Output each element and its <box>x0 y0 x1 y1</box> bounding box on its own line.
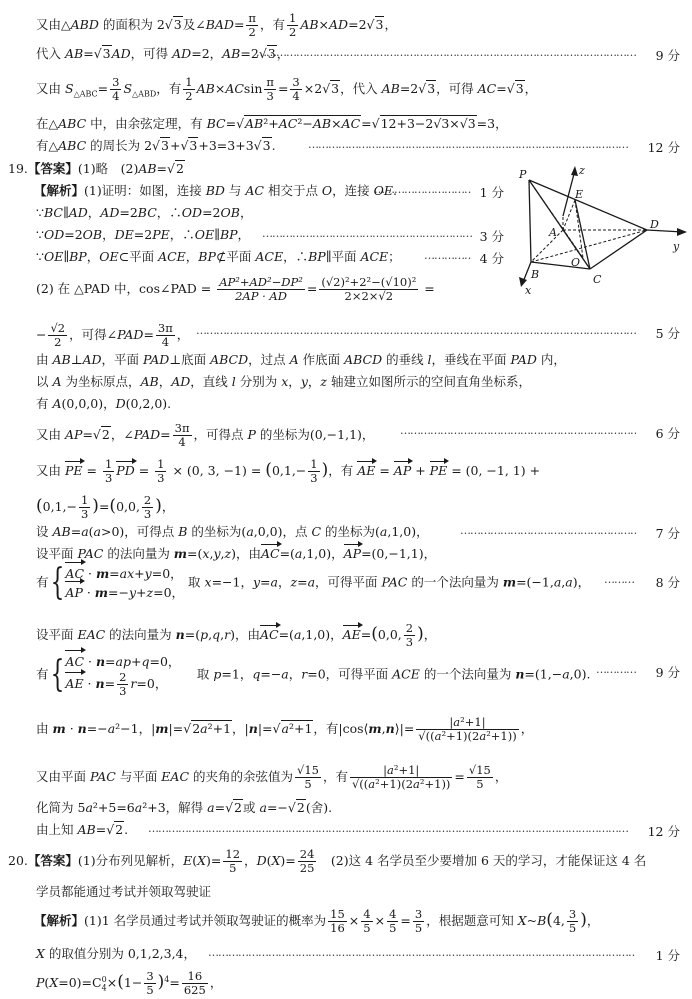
q20-analysis-line-1: 【解析】(1)1 名学员通过考试并领取驾驶证的概率为1516×45×45=35，… <box>34 908 599 935</box>
leader-dots: ……………………………………………………… <box>460 524 636 537</box>
svg-text:x: x <box>525 284 532 297</box>
analysis-tag: 【解析】 <box>34 183 84 198</box>
q19-analysis-line-11: 又由 PE = 13PD = 13 × (0, 3, −1) = (0,1,−1… <box>36 458 540 485</box>
answer-tag: 【答案】 <box>28 161 78 176</box>
score-mark: 12 分 <box>648 138 680 156</box>
text-line-2: 代入 AB=√3AD，可得 AD=2，AB=2√3， <box>36 46 289 62</box>
leader-dots: …………………………………………………………………………………………………………… <box>148 822 628 835</box>
q19-answer-line: 19.【答案】(1)略 (2)AB=√2 <box>8 161 185 177</box>
q19-analysis-line-18: 由 m · n=−a²−1，|m|=√2a²+1，|n|=√a²+1，有|cos… <box>36 716 533 743</box>
q19-analysis-line-7: 由 AB⊥AD，平面 PAD⊥底面 ABCD，过点 A 作底面 ABCD 的垂线… <box>36 352 566 368</box>
score-mark: 3 分 <box>480 227 504 245</box>
score-mark: 7 分 <box>656 524 680 542</box>
svg-text:y: y <box>672 240 680 253</box>
q19-analysis-line-14: 设平面 PAC 的法向量为 m=(x,y,z)，由AC=(a,1,0)，AP=(… <box>36 546 436 562</box>
q19-analysis-line-19: 又由平面 PAC 与平面 EAC 的夹角的余弦值为√155，有|a²+1|√((… <box>36 764 507 791</box>
leader-dots: ……… <box>604 573 636 586</box>
q20-analysis-line-3: P(X=0)=C40×(1−35)4=16625， <box>36 970 222 997</box>
left-brace: { <box>50 657 64 693</box>
score-mark: 4 分 <box>480 249 504 267</box>
q19-analysis-line-20: 化简为 5a²+5=6a²+3，解得 a=√2或 a=−√2(舍). <box>36 800 332 816</box>
q19-analysis-line-3: ∵OD=2OB，DE=2PE，∴OE∥BP， <box>36 227 250 243</box>
text-line-5: 有△ABC 的周长为 2√3+√3+3=3+3√3. <box>36 138 276 154</box>
q19-analysis-line-21: 由上知 AB=√2. <box>36 822 128 838</box>
answer-tag: 【答案】 <box>28 853 78 868</box>
q19-analysis-line-8: 以 A 为坐标原点，AB，AD，直线 l 分别为 x，y，z 轴建立如图所示的空… <box>36 374 531 390</box>
svg-text:B: B <box>530 268 539 281</box>
q19-analysis-line-2: ∵BC∥AD，AD=2BC，∴OD=2OB， <box>36 205 252 221</box>
score-mark: 9 分 <box>656 663 680 681</box>
q19-analysis-line-17: 有{AC · n=ap+q=0，AE · n=23r=0， 取 p=1，q=−a… <box>36 652 590 698</box>
leader-dots: ………………… <box>424 249 472 262</box>
svg-text:A: A <box>548 226 557 239</box>
score-mark: 8 分 <box>656 573 680 591</box>
leader-dots: …………………………………………………………………………………………………………… <box>256 46 636 59</box>
q19-analysis-line-16: 设平面 EAC 的法向量为 n=(p,q,r)，由AC=(a,1,0)，AE=(… <box>36 622 436 649</box>
q19-analysis-line-13: 设 AB=a(a>0)，可得点 B 的坐标为(a,0,0)，点 C 的坐标为(a… <box>36 524 429 540</box>
question-number: 20. <box>8 853 28 868</box>
score-mark: 1 分 <box>480 183 504 201</box>
q19-analysis-line-5: (2) 在 △PAD 中，cos∠PAD = AP²+AD²−DP²2AP · … <box>36 276 435 303</box>
q20-answer-line-1: 20.【答案】(1)分布列见解析，E(X)=125，D(X)=2425 (2)这… <box>8 848 646 875</box>
svg-text:O: O <box>571 256 580 269</box>
q19-analysis-line-12: (0,1,−13)=(0,0,23)， <box>36 494 174 521</box>
left-brace: { <box>50 565 64 601</box>
q19-analysis-line-15: 有{AC · m=ax+y=0，AP · m=−y+z=0， 取 x=−1，y=… <box>36 564 590 602</box>
q19-analysis-line-6: −√22，可得∠PAD=3π4， <box>36 322 189 349</box>
question-number: 19. <box>8 161 28 176</box>
text-line-3: 又由 S△ABC=34S△ABD，有12AB×ACsinπ3=34×2√3，代入… <box>36 76 537 103</box>
svg-text:E: E <box>574 188 583 201</box>
score-mark: 9 分 <box>656 46 680 64</box>
score-mark: 6 分 <box>656 424 680 442</box>
leader-dots: …………………………… <box>374 183 472 196</box>
svg-text:D: D <box>649 218 659 231</box>
score-mark: 5 分 <box>656 324 680 342</box>
leader-dots: ………………………………………………………………………… <box>400 424 636 437</box>
q19-analysis-line-10: 又由 AP=√2，∠PAD=3π4，可得点 P 的坐标为(0,−1,1)， <box>36 422 374 449</box>
analysis-tag: 【解析】 <box>34 913 84 928</box>
score-mark: 12 分 <box>648 822 680 840</box>
leader-dots: ………… <box>596 663 636 676</box>
q19-analysis-line-9: 有 A(0,0,0)，D(0,2,0). <box>36 396 171 412</box>
pyramid-figure: P z E A D y O B C x <box>505 158 690 298</box>
q20-analysis-line-2: X 的取值分别为 0,1,2,3,4， <box>36 946 196 962</box>
text-line-1: 又由△ABD 的面积为 2√3及∠BAD=π2，有12AB×AD=2√3， <box>36 12 397 39</box>
leader-dots: …………………………………………………………………………………………………………… <box>196 324 636 337</box>
score-mark: 1 分 <box>656 946 680 964</box>
text-line-4: 在△ABC 中，由余弦定理，有 BC=√AB²+AC²−AB×AC=√12+3−… <box>36 116 508 132</box>
q20-answer-line-2: 学员都能通过考试并领取驾驶证 <box>36 884 211 900</box>
svg-text:C: C <box>593 273 602 286</box>
svg-text:P: P <box>518 168 527 181</box>
leader-dots: …………………………………………………………………………………………………………… <box>208 946 636 959</box>
leader-dots: …………………………………………………………………………………………………… <box>308 138 628 151</box>
leader-dots: ……………………………………………………………… <box>262 227 472 240</box>
q19-analysis-line-4: ∵OE∥BP，OE⊂平面 ACE，BP⊄平面 ACE，∴BP∥平面 ACE； <box>36 249 401 265</box>
q19-analysis-line-1: 【解析】(1)证明：如图，连接 BD 与 AC 相交于点 O，连接 OE. <box>34 183 397 199</box>
svg-text:z: z <box>578 164 585 177</box>
